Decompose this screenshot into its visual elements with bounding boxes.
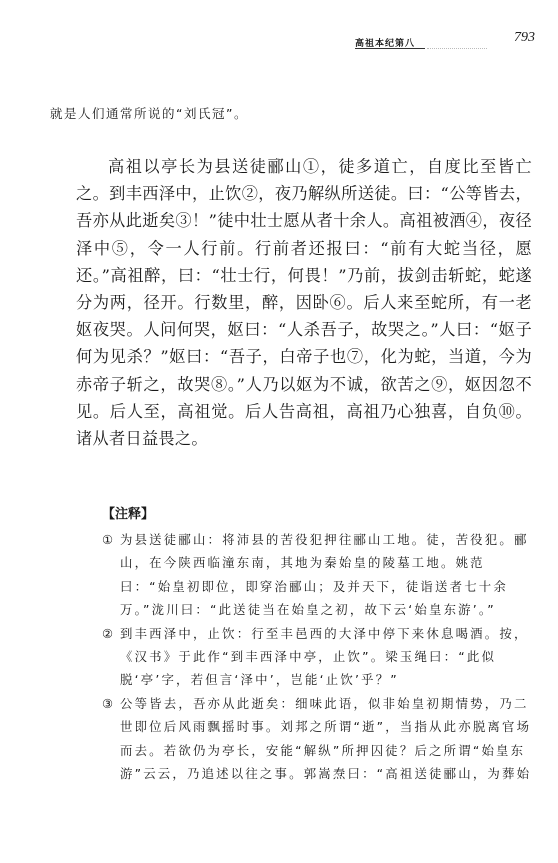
note-number: ① <box>102 528 120 551</box>
note-item: ③公等皆去，吾亦从此逝矣：细味此语，似非始皇初期情势，乃二世即位后风雨飘摇时事。… <box>102 692 536 786</box>
notes-heading: 【注释】 <box>102 503 154 522</box>
notes-list: ①为县送徒郦山：将沛县的苦役犯押往郦山工地。徒，苦役犯。郦山，在今陕西临潼东南，… <box>102 528 536 785</box>
header-rule <box>355 48 425 49</box>
note-number: ② <box>102 622 120 645</box>
note-text: 公等皆去，吾亦从此逝矣：细味此语，似非始皇初期情势，乃二世即位后风雨飘摇时事。刘… <box>120 696 531 781</box>
note-text: 为县送徒郦山：将沛县的苦役犯押往郦山工地。徒，苦役犯。郦山，在今陕西临潼东南，其… <box>120 532 529 617</box>
note-text: 到丰西泽中，止饮：行至丰邑西的大泽中停下来休息喝酒。按，《汉书》于此作“到丰西泽… <box>120 626 529 688</box>
main-passage: 高祖以亭长为县送徒郦山①，徒多道亡，自度比至皆亡之。到丰西泽中，止饮②，夜乃解纵… <box>76 153 532 452</box>
main-paragraph: 高祖以亭长为县送徒郦山①，徒多道亡，自度比至皆亡之。到丰西泽中，止饮②，夜乃解纵… <box>76 153 532 452</box>
continued-text-line: 就是人们通常所说的“刘氏冠”。 <box>50 104 248 122</box>
note-number: ③ <box>102 692 120 715</box>
note-item: ②到丰西泽中，止饮：行至丰邑西的大泽中停下来休息喝酒。按，《汉书》于此作“到丰西… <box>102 622 536 692</box>
page-header: 高祖本纪第八 793 <box>355 30 535 52</box>
note-item: ①为县送徒郦山：将沛县的苦役犯押往郦山工地。徒，苦役犯。郦山，在今陕西临潼东南，… <box>102 528 536 622</box>
header-dotted-rule <box>427 48 487 49</box>
page-number: 793 <box>514 30 535 46</box>
